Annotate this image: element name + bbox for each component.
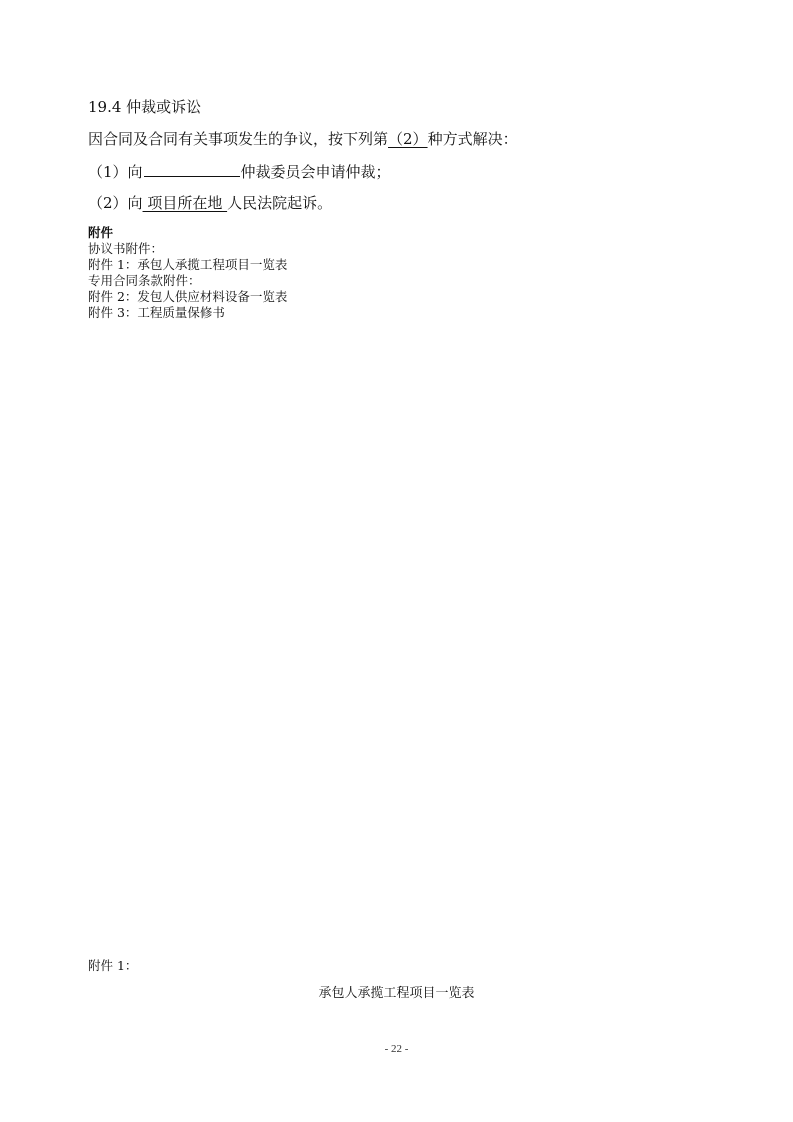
option-litigation: （2）向 项目所在地 人民法院起诉。 xyxy=(88,194,332,212)
court-location-value: 项目所在地 xyxy=(143,194,228,212)
appendix1-label: 附件 1： xyxy=(88,958,137,973)
attachment-list-item: 协议书附件： xyxy=(88,241,163,256)
attachment-list-item: 附件 3：工程质量保修书 xyxy=(88,305,225,320)
section-heading: 19.4 仲裁或诉讼 xyxy=(88,98,201,116)
intro-text: 因合同及合同有关事项发生的争议，按下列第 xyxy=(88,130,388,148)
document-page: 19.4 仲裁或诉讼 因合同及合同有关事项发生的争议，按下列第（2）种方式解决：… xyxy=(0,0,793,1122)
dispute-resolution-intro: 因合同及合同有关事项发生的争议，按下列第（2）种方式解决： xyxy=(88,130,518,148)
option-arbitration: （1）向仲裁委员会申请仲裁； xyxy=(88,162,391,181)
attachment-list-item: 附件 2：发包人供应材料设备一览表 xyxy=(88,289,287,304)
option2-prefix: （2）向 xyxy=(88,194,143,212)
appendix1-table-title: 承包人承揽工程项目一览表 xyxy=(0,986,793,1001)
intro-text-end: 种方式解决： xyxy=(428,130,518,148)
page-number: - 22 - xyxy=(0,1043,793,1055)
option1-suffix: 仲裁委员会申请仲裁； xyxy=(241,163,391,181)
attachment-list-item: 附件 1：承包人承揽工程项目一览表 xyxy=(88,257,287,272)
arbitration-commission-blank xyxy=(144,162,240,177)
attachments-title: 附件 xyxy=(88,225,113,240)
option2-suffix: 人民法院起诉。 xyxy=(227,194,332,212)
chosen-option-value: （2） xyxy=(388,130,428,148)
option1-prefix: （1）向 xyxy=(88,163,143,181)
attachment-list-item: 专用合同条款附件： xyxy=(88,273,201,288)
